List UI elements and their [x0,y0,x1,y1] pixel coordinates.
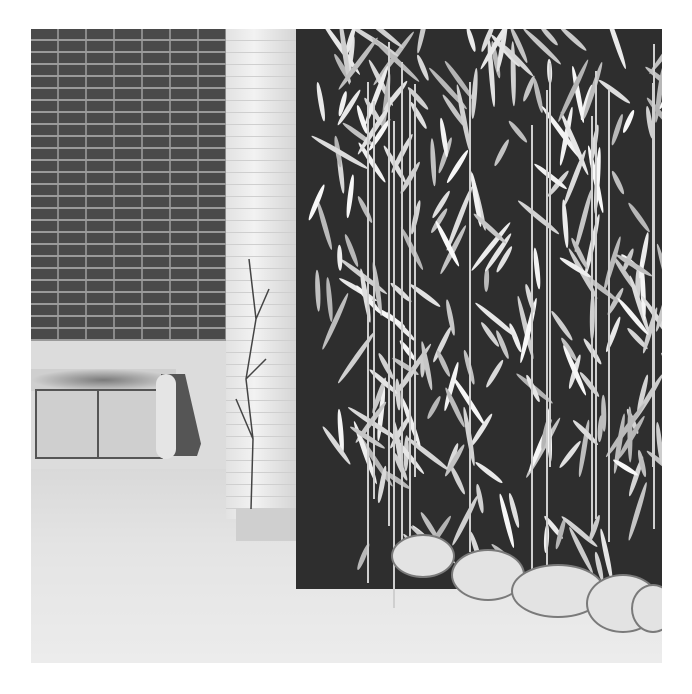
box-divider [97,389,99,459]
bamboo-leaf [627,407,632,463]
bamboo-leaf [435,349,452,377]
bamboo-leaf [471,68,480,119]
bamboo-stalk [401,89,403,557]
wooden-box [35,389,163,459]
bamboo-leaf [320,292,350,351]
bamboo-leaf [325,277,334,322]
bamboo-leaf [604,316,622,354]
bamboo-leaf [561,199,570,248]
bamboo-stalk [531,125,533,572]
bamboo-leaf [621,109,636,134]
bamboo-stalk [595,71,597,519]
bamboo-leaf [474,460,504,484]
bamboo-thicket [296,29,662,589]
bamboo-stalk [608,89,610,542]
bamboo-leaf [445,148,470,184]
bamboo-leaf [336,330,376,384]
bamboo-leaf [661,185,662,230]
bamboo-leaf [429,138,437,187]
bamboo-leaf [404,435,450,472]
bamboo-leaf [376,466,388,504]
bamboo-leaf [425,395,442,420]
bamboo-leaf [315,270,322,312]
bamboo-stalk [549,63,551,467]
brick-wall [31,29,226,341]
bamboo-stalk [546,90,548,608]
bamboo-leaf [562,149,589,208]
bamboo-stalk [393,121,395,608]
bamboo-leaf [507,323,523,353]
bamboo-leaf [610,170,626,195]
bamboo-stalk [367,82,369,584]
bamboo-stalk [652,83,654,467]
box-top-debris [31,369,176,391]
bamboo-stalk [373,101,375,499]
bamboo-leaf [507,119,529,143]
bamboo-leaf [597,78,631,105]
rock [391,534,455,578]
bamboo-leaf [451,495,481,547]
bamboo-leaf [558,29,588,53]
bamboo-leaf [315,82,326,122]
bamboo-stalk [469,82,471,552]
cloth [156,374,176,459]
bamboo-leaf [604,29,628,69]
bamboo-stalk [414,84,416,477]
bamboo-leaf [655,243,662,306]
bamboo-leaf [465,29,477,52]
photograph [31,29,662,663]
bamboo-leaf [439,117,450,157]
bamboo-leaf [561,345,588,398]
bamboo-leaf [493,138,511,167]
bamboo-leaf [627,201,652,233]
vine [231,259,271,509]
bamboo-stalk [409,90,411,566]
bamboo-leaf [516,199,561,237]
bamboo-leaf [485,358,506,388]
bamboo-leaf [345,174,355,219]
bamboo-stalk [388,42,390,526]
bamboo-leaf [532,248,541,290]
bamboo-leaf [337,245,343,271]
bamboo-leaf [356,195,374,224]
bamboo-stalk [591,116,593,537]
bamboo-leaf [356,542,372,570]
bamboo-leaf [315,200,334,251]
bamboo-leaf [415,29,430,54]
bamboo-leaf [321,425,353,466]
